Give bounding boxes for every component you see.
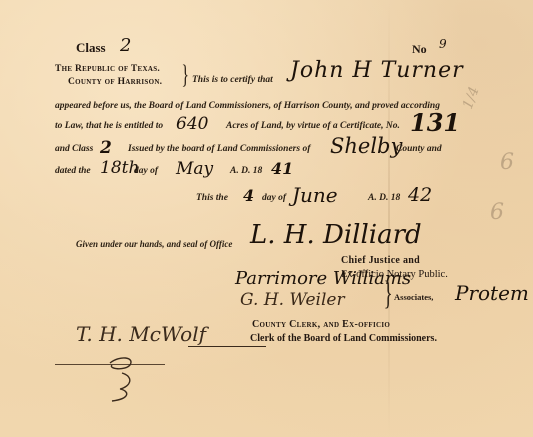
given-text: Given under our hands, and seal of Offic…: [76, 239, 232, 249]
body-line-acres: Acres of Land, by virtue of a Certificat…: [226, 121, 400, 131]
body-line-issued: Issued by the board of Land Commissioner…: [128, 144, 310, 154]
dated-month: May: [176, 159, 213, 179]
header-brace: }: [181, 62, 188, 88]
associate-2-signature: G. H. Weiler: [240, 290, 345, 310]
margin-note-3: 6: [490, 200, 504, 225]
clerk-signature-flourish: [188, 346, 266, 347]
header-republic: The Republic of Texas.: [55, 64, 160, 74]
chief-justice-signature: L. H. Dilliard: [250, 220, 422, 250]
body-line-ad-2: A. D. 18: [368, 193, 400, 203]
body-line-ad-1: A. D. 18: [230, 166, 262, 176]
chief-justice-title-line1: Chief Justice and: [341, 255, 420, 266]
body-line-thisthe: This the: [196, 193, 228, 203]
this-month: June: [292, 183, 338, 207]
dated-year-suffix: 41: [271, 159, 293, 178]
certificate-number: 131: [410, 108, 460, 137]
clerk-title-line2: Clerk of the Board of Land Commissioners…: [250, 333, 437, 344]
clerk-title-line1: County Clerk, and Ex-officio: [252, 319, 390, 330]
associates-brace: }: [384, 277, 393, 311]
number-value: 9: [439, 37, 447, 51]
body-line-county: County and: [396, 144, 442, 154]
certify-text: This is to certify that: [192, 75, 273, 85]
protem-note: Protem: [455, 281, 529, 305]
number-label: No: [412, 42, 427, 57]
associates-label: Associates,: [394, 292, 433, 302]
this-day: 4: [243, 186, 254, 205]
clerk-signature: T. H. McWolf: [76, 322, 206, 346]
body-line-class: and Class: [55, 144, 93, 154]
issuing-county: Shelby: [330, 134, 402, 158]
body-line-dated: dated the: [55, 166, 91, 176]
acres-value: 640: [176, 114, 208, 134]
clerk-flourish-glyph: [100, 355, 170, 405]
this-year-suffix: 42: [408, 184, 432, 206]
body-line-appeared: appeared before us, the Board of Land Co…: [55, 101, 440, 111]
cert-class-value: 2: [100, 138, 112, 158]
chief-justice-title: Chief Justice and: [341, 255, 420, 266]
header-county: County of Harrison.: [68, 77, 162, 87]
body-line-entitled: to Law, that he is entitled to: [55, 121, 163, 131]
body-line-dayof-1: day of: [134, 166, 158, 176]
class-value: 2: [120, 35, 131, 56]
body-line-dayof-2: day of: [262, 193, 286, 203]
class-label: Class: [76, 40, 106, 56]
margin-note-2: 6: [500, 150, 514, 175]
grantee-name: John H Turner: [290, 58, 464, 83]
